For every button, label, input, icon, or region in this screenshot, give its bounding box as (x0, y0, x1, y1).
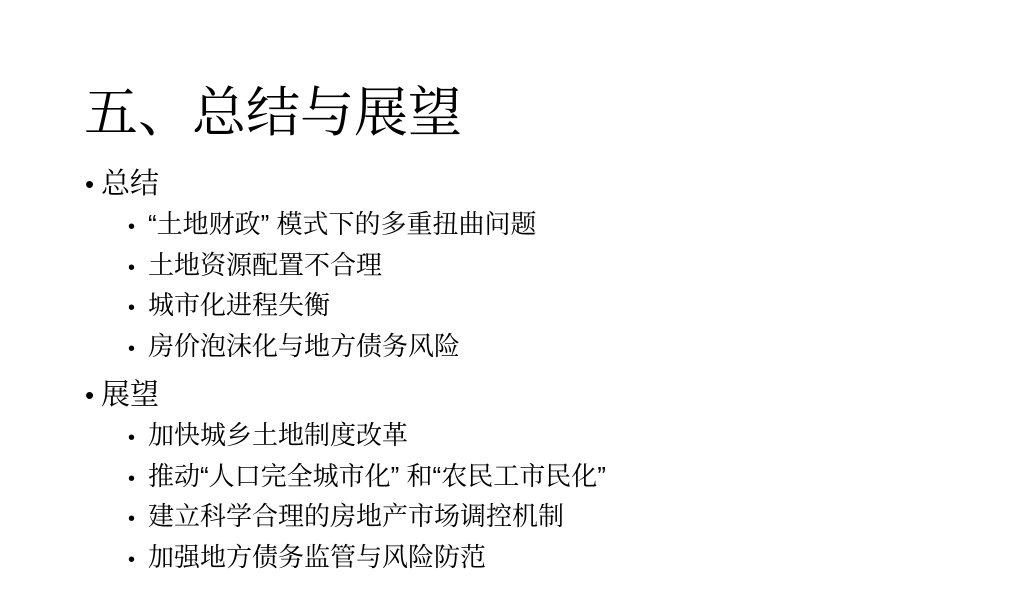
bullet-icon: • (128, 209, 148, 247)
bullet-item-level2: • 土地资源配置不合理 (128, 247, 994, 288)
bullet-item-level1: • 总结 (85, 162, 994, 206)
section-heading: 展望 (101, 373, 159, 417)
bullet-icon: • (128, 250, 148, 288)
slide-title: 五、总结与展望 (84, 80, 462, 148)
bullet-item-level2: • 加快城乡土地制度改革 (128, 417, 994, 458)
bullet-item-text: 建立科学合理的房地产市场调控机制 (148, 498, 564, 536)
bullet-item-level2: • 房价泡沫化与地方债务风险 (128, 328, 994, 369)
section-heading: 总结 (101, 162, 159, 206)
bullet-icon: • (85, 162, 101, 206)
bullet-icon: • (128, 331, 148, 369)
bullet-icon: • (128, 542, 148, 580)
bullet-icon: • (85, 373, 101, 417)
slide-canvas: 五、总结与展望 • 总结 • “土地财政” 模式下的多重扭曲问题 • 土地资源配… (0, 0, 1024, 594)
bullet-item-text: 加强地方债务监管与风险防范 (148, 539, 486, 577)
bullet-item-level2: • 城市化进程失衡 (128, 287, 994, 328)
bullet-item-text: 加快城乡土地制度改革 (148, 417, 408, 455)
bullet-item-level2: • 加强地方债务监管与风险防范 (128, 539, 994, 580)
bullet-item-text: 城市化进程失衡 (148, 287, 330, 325)
bullet-icon: • (128, 290, 148, 328)
bullet-section-outlook: • 展望 • 加快城乡土地制度改革 • 推动“人口完全城市化” 和“农民工市民化… (85, 373, 994, 579)
bullet-item-level2: • 建立科学合理的房地产市场调控机制 (128, 498, 994, 539)
sub-bullet-list: • “土地财政” 模式下的多重扭曲问题 • 土地资源配置不合理 • 城市化进程失… (85, 206, 994, 368)
sub-bullet-list: • 加快城乡土地制度改革 • 推动“人口完全城市化” 和“农民工市民化” • 建… (85, 417, 994, 579)
bullet-icon: • (128, 501, 148, 539)
bullet-item-level1: • 展望 (85, 373, 994, 417)
bullet-item-text: 推动“人口完全城市化” 和“农民工市民化” (148, 458, 606, 496)
bullet-item-text: 土地资源配置不合理 (148, 247, 382, 285)
bullet-item-level2: • “土地财政” 模式下的多重扭曲问题 (128, 206, 994, 247)
bullet-icon: • (128, 461, 148, 499)
bullet-section-summary: • 总结 • “土地财政” 模式下的多重扭曲问题 • 土地资源配置不合理 • 城… (85, 162, 994, 368)
bullet-item-text: “土地财政” 模式下的多重扭曲问题 (148, 206, 537, 244)
slide-body: • 总结 • “土地财政” 模式下的多重扭曲问题 • 土地资源配置不合理 • 城… (85, 162, 994, 579)
bullet-icon: • (128, 420, 148, 458)
bullet-item-text: 房价泡沫化与地方债务风险 (148, 328, 460, 366)
bullet-item-level2: • 推动“人口完全城市化” 和“农民工市民化” (128, 458, 994, 499)
